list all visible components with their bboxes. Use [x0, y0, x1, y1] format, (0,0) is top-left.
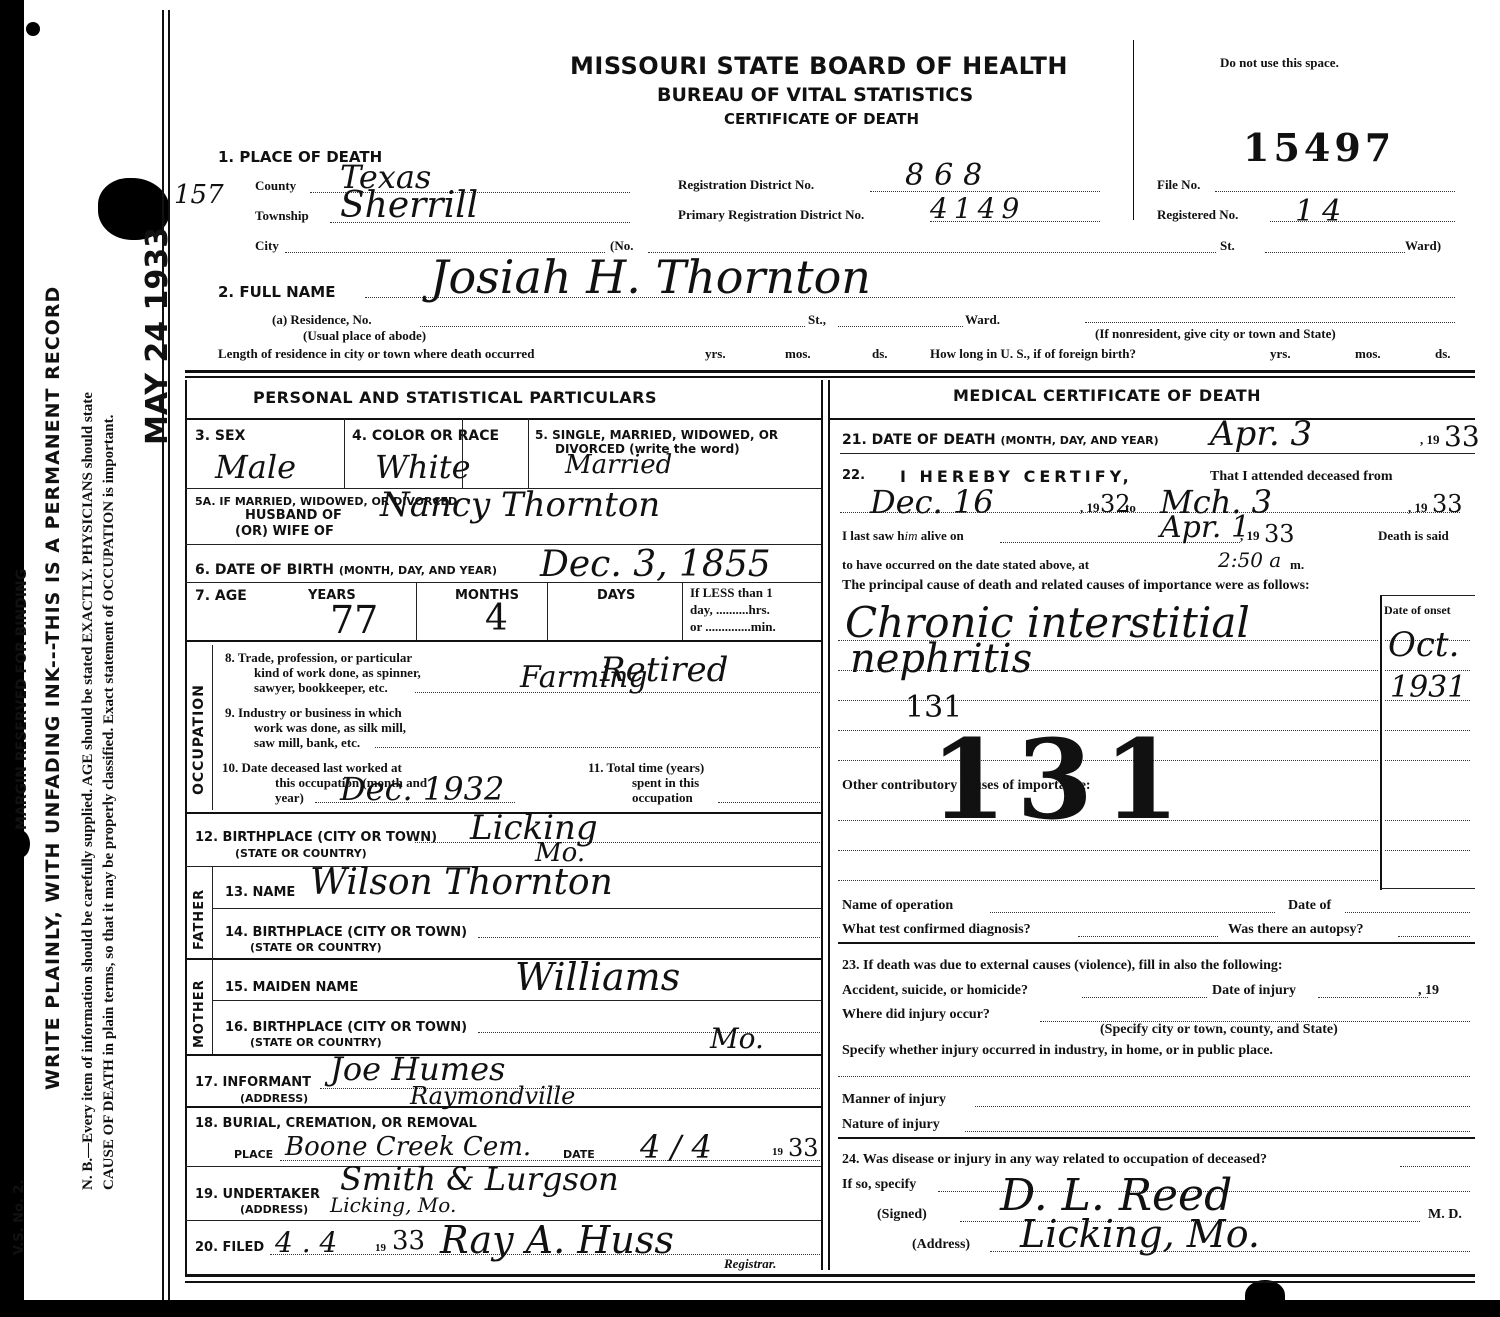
file-no-label: File No. — [1157, 177, 1200, 193]
registrar-label: Registrar. — [724, 1256, 776, 1272]
occurred-at-label: to have occurred on the date stated abov… — [842, 557, 1089, 573]
ward-label: Ward) — [1405, 238, 1441, 254]
dob-label: 6. DATE OF BIRTH (MONTH, DAY, AND YEAR) — [195, 562, 497, 578]
informant-label: 17. INFORMANT — [195, 1075, 311, 1090]
medical-section-title: MEDICAL CERTIFICATE OF DEATH — [953, 386, 1261, 405]
attended-to-year[interactable]: 33 — [1432, 490, 1463, 518]
mother-birthplace-label: 16. BIRTHPLACE (CITY OR TOWN) — [225, 1020, 467, 1035]
do-not-use-note: Do not use this space. — [1220, 55, 1339, 71]
occupation-side-label: OCCUPATION — [191, 684, 207, 795]
length-yrs: yrs. — [705, 346, 726, 362]
burial-label: 18. BURIAL, CREMATION, OR REMOVAL — [195, 1116, 477, 1131]
race-label: 4. COLOR OR RACE — [352, 428, 499, 444]
spouse-label-3: (OR) WIFE OF — [235, 524, 334, 539]
dod-year-value[interactable]: 33 — [1444, 420, 1480, 453]
township-value[interactable]: Sherrill — [340, 185, 478, 226]
dod-label-text: 21. DATE OF DEATH — [842, 432, 996, 448]
informant-address-label: (ADDRESS) — [240, 1092, 308, 1105]
burial-date-value[interactable]: 4 / 4 — [640, 1128, 712, 1166]
registrar-signature[interactable]: Ray A. Huss — [440, 1218, 674, 1262]
primary-registration-value[interactable]: 4149 — [930, 192, 1025, 225]
undertaker-address-label: (ADDRESS) — [240, 1203, 308, 1216]
page-title: MISSOURI STATE BOARD OF HEALTH — [570, 52, 1068, 80]
form-left-border-inner — [168, 10, 170, 1300]
filed-year-value[interactable]: 33 — [392, 1226, 425, 1256]
occupation-related-label: 24. Was disease or injury in any way rel… — [842, 1152, 1267, 1168]
industry-label-3: saw mill, bank, etc. — [254, 735, 360, 751]
personal-section-title: PERSONAL AND STATISTICAL PARTICULARS — [253, 388, 657, 407]
other-causes-label: Other contributory causes of importance: — [842, 778, 1091, 794]
operation-label: Name of operation — [842, 898, 953, 914]
st-label: St. — [1220, 238, 1235, 254]
birthplace-label: 12. BIRTHPLACE (CITY OR TOWN) — [195, 830, 437, 845]
trade-label-3: sawyer, bookkeeper, etc. — [254, 680, 388, 696]
total-time-label-1: 11. Total time (years) — [588, 760, 704, 776]
from-year-prefix: , 19 — [1080, 500, 1100, 516]
residence-label: (a) Residence, No. — [272, 312, 372, 328]
section-divider — [821, 380, 823, 1270]
last-saw-text: I last saw h — [842, 528, 905, 543]
cause-line-2[interactable]: nephritis — [850, 636, 1032, 682]
birthplace-sublabel: (STATE OR COUNTRY) — [235, 847, 367, 860]
city-label: City — [255, 238, 279, 254]
to-label: to — [1125, 500, 1136, 516]
dob-label-text: 6. DATE OF BIRTH — [195, 562, 334, 578]
date-of-operation-label: Date of — [1288, 898, 1331, 914]
dod-sublabel: (MONTH, DAY, AND YEAR) — [1000, 434, 1158, 447]
burial-year-prefix: 19 — [772, 1146, 783, 1158]
sex-label: 3. SEX — [195, 428, 245, 444]
dod-year-prefix: , 19 — [1420, 432, 1440, 448]
father-name-value[interactable]: Wilson Thornton — [310, 862, 613, 903]
form-number: V.S. No. 2. — [12, 1180, 27, 1255]
burial-place-label: PLACE — [234, 1148, 273, 1161]
undertaker-label: 19. UNDERTAKER — [195, 1187, 320, 1202]
sex-value[interactable]: Male — [215, 448, 296, 486]
mother-birthplace-sublabel: (STATE OR COUNTRY) — [250, 1036, 382, 1049]
undertaker-address-value[interactable]: Licking, Mo. — [330, 1193, 456, 1217]
external-causes-label: 23. If death was due to external causes … — [842, 958, 1283, 974]
certify-number: 22. — [842, 468, 865, 483]
how-long-us-label: How long in U. S., if of foreign birth? — [930, 346, 1136, 362]
form-left-border — [162, 10, 164, 1300]
last-saw-value[interactable]: Apr. 1 — [1160, 510, 1250, 545]
burial-place-value[interactable]: Boone Creek Cem. — [285, 1132, 531, 1162]
time-of-death-value[interactable]: 2:50 a — [1218, 548, 1281, 572]
full-name-value[interactable]: Josiah H. Thornton — [430, 250, 871, 304]
less-than-day-label-3: or ..............min. — [690, 619, 776, 635]
to-year-prefix: , 19 — [1408, 500, 1428, 516]
length-of-residence-label: Length of residence in city or town wher… — [218, 346, 534, 362]
months-value[interactable]: 4 — [485, 598, 508, 639]
corner-note: 157 — [174, 180, 224, 210]
spouse-value[interactable]: Nancy Thornton — [380, 485, 660, 525]
less-than-day-label-1: If LESS than 1 — [690, 585, 773, 601]
registered-no-value[interactable]: 14 — [1295, 194, 1349, 229]
where-injury-label: Where did injury occur? — [842, 1007, 990, 1023]
years-value[interactable]: 77 — [330, 598, 378, 642]
marital-value[interactable]: Married — [565, 450, 672, 480]
m-label: m. — [1290, 557, 1304, 573]
write-plainly-notice: WRITE PLAINLY, WITH UNFADING INK---THIS … — [42, 286, 64, 1090]
us-ds: ds. — [1435, 346, 1451, 362]
ink-blot — [1245, 1280, 1285, 1310]
specify-place-note: (Specify city or town, county, and State… — [1100, 1022, 1338, 1038]
mother-birthplace-value[interactable]: Mo. — [710, 1022, 764, 1055]
father-birthplace-label: 14. BIRTHPLACE (CITY OR TOWN) — [225, 925, 467, 940]
injury-date-label: Date of injury — [1212, 983, 1296, 999]
father-name-label: 13. NAME — [225, 885, 295, 900]
mother-maiden-value[interactable]: Williams — [515, 955, 680, 999]
us-mos: mos. — [1355, 346, 1381, 362]
primary-registration-label: Primary Registration District No. — [678, 207, 864, 223]
trade-label-2: kind of work done, as spinner, — [254, 665, 421, 681]
full-name-label: 2. FULL NAME — [218, 283, 335, 301]
us-yrs: yrs. — [1270, 346, 1291, 362]
marital-label-1: 5. SINGLE, MARRIED, WIDOWED, OR — [535, 428, 778, 442]
do-not-use-divider — [1133, 40, 1134, 220]
filed-label: 20. FILED — [195, 1240, 264, 1255]
filed-year-prefix: 19 — [375, 1242, 386, 1254]
physician-address-value[interactable]: Licking, Mo. — [1020, 1212, 1260, 1256]
manner-of-injury-label: Manner of injury — [842, 1092, 946, 1108]
certificate-number: 15497 — [1243, 125, 1395, 170]
death-said-label: Death is said — [1378, 528, 1449, 544]
race-value[interactable]: White — [375, 448, 471, 486]
md-label: M. D. — [1428, 1207, 1462, 1223]
last-saw-pronoun: im — [905, 528, 918, 543]
industry-label-1: 9. Industry or business in which — [225, 705, 402, 721]
alive-on-text: alive on — [921, 528, 964, 543]
last-worked-label-3: year) — [275, 790, 304, 806]
industry-label-2: work was done, as silk mill, — [254, 720, 406, 736]
father-birthplace-sublabel: (STATE OR COUNTRY) — [250, 941, 382, 954]
total-time-label-3: occupation — [632, 790, 693, 806]
abode-note: (Usual place of abode) — [303, 328, 426, 344]
injury-year-label: , 19 — [1418, 983, 1439, 999]
residence-st-label: St., — [808, 312, 826, 328]
total-time-label-2: spent in this — [632, 775, 699, 791]
registration-district-label: Registration District No. — [678, 177, 814, 193]
burial-year-value[interactable]: 33 — [788, 1134, 819, 1162]
age-label: 7. AGE — [195, 588, 247, 604]
page-subtitle: BUREAU OF VITAL STATISTICS — [657, 84, 973, 106]
last-worked-value[interactable]: Dec. 1932 — [340, 770, 504, 808]
signed-label: (Signed) — [877, 1207, 927, 1223]
length-mos: mos. — [785, 346, 811, 362]
date-of-onset-label: Date of onset — [1384, 603, 1451, 618]
accident-label: Accident, suicide, or homicide? — [842, 983, 1028, 999]
last-saw-year[interactable]: 33 — [1264, 520, 1295, 548]
date-of-death-value[interactable]: Apr. 3 — [1210, 414, 1312, 454]
registered-no-label: Registered No. — [1157, 207, 1238, 223]
dob-sublabel: (MONTH, DAY, AND YEAR) — [339, 564, 497, 577]
ink-blot — [10, 830, 30, 858]
test-confirmed-label: What test confirmed diagnosis? — [842, 922, 1031, 938]
length-ds: ds. — [872, 346, 888, 362]
trade-value-retired[interactable]: Retired — [600, 650, 728, 690]
county-label: County — [255, 178, 296, 194]
margin-reserved-text: MARGIN RESERVED FOR BINDING — [14, 569, 30, 830]
nonresident-note: (If nonresident, give city or town and S… — [1095, 326, 1336, 342]
specify-whether-label: Specify whether injury occurred in indus… — [842, 1043, 1273, 1059]
registration-district-value[interactable]: 868 — [905, 158, 992, 193]
residence-ward-label: Ward. — [965, 312, 1000, 328]
township-label: Township — [255, 208, 309, 224]
ink-blot — [26, 22, 40, 36]
onset-value-1[interactable]: Oct. — [1388, 625, 1459, 665]
spouse-label-2: HUSBAND OF — [245, 508, 342, 523]
onset-value-2[interactable]: 1931 — [1390, 670, 1466, 705]
principal-cause-label: The principal cause of death and related… — [842, 578, 1310, 594]
if-so-specify-label: If so, specify — [842, 1177, 916, 1193]
document-type: CERTIFICATE OF DEATH — [724, 110, 919, 128]
last-saw-year-prefix: , 19 — [1240, 528, 1260, 544]
autopsy-label: Was there an autopsy? — [1228, 922, 1363, 938]
father-side-label: FATHER — [192, 889, 207, 950]
mother-maiden-label: 15. MAIDEN NAME — [225, 980, 358, 995]
days-label: DAYS — [597, 588, 635, 603]
less-than-day-label-2: day, ..........hrs. — [690, 602, 770, 618]
dob-value[interactable]: Dec. 3, 1855 — [540, 544, 771, 585]
address-label: (Address) — [912, 1237, 970, 1253]
date-of-death-label: 21. DATE OF DEATH (MONTH, DAY, AND YEAR) — [842, 432, 1159, 448]
nature-of-injury-label: Nature of injury — [842, 1117, 940, 1133]
nb-note-line2: CAUSE OF DEATH in plain terms, so that i… — [101, 415, 118, 1190]
attended-from-value[interactable]: Dec. 16 — [870, 483, 994, 521]
last-saw-label: I last saw him alive on — [842, 528, 964, 544]
mother-side-label: MOTHER — [192, 979, 207, 1048]
trade-label-1: 8. Trade, profession, or particular — [225, 650, 412, 666]
nb-note-line1: N. B.—Every item of information should b… — [80, 392, 97, 1190]
